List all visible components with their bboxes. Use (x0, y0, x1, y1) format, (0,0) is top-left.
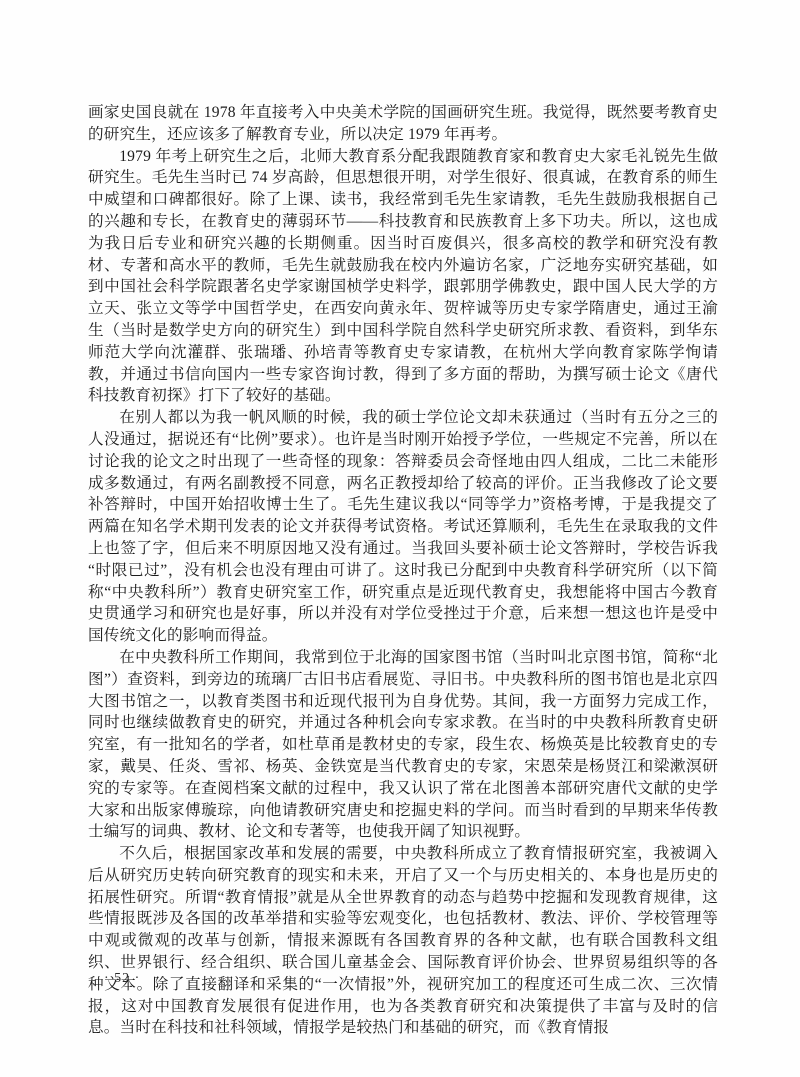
paragraph: 在中央教科所工作期间，我常到位于北海的国家图书馆（当时叫北京图书馆，简称“北图”… (88, 647, 718, 843)
paragraph: 1979 年考上研究生之后，北师大教育系分配我跟随教育家和教育史大家毛礼锐先生做… (88, 146, 718, 408)
paragraph: 画家史国良就在 1978 年直接考入中央美术学院的国画研究生班。我觉得，既然要考… (88, 102, 718, 146)
page-number: · 52 · (104, 969, 140, 989)
paragraph: 在别人都以为我一帆风顺的时候，我的硕士学位论文却未获通过（当时有五分之三的人没通… (88, 407, 718, 647)
document-page: 画家史国良就在 1978 年直接考入中央美术学院的国画研究生班。我觉得，既然要考… (0, 0, 800, 1077)
document-body: 画家史国良就在 1978 年直接考入中央美术学院的国画研究生班。我觉得，既然要考… (88, 102, 718, 1039)
paragraph: 不久后，根据国家改革和发展的需要，中央教科所成立了教育情报研究室，我被调入后从研… (88, 843, 718, 1039)
